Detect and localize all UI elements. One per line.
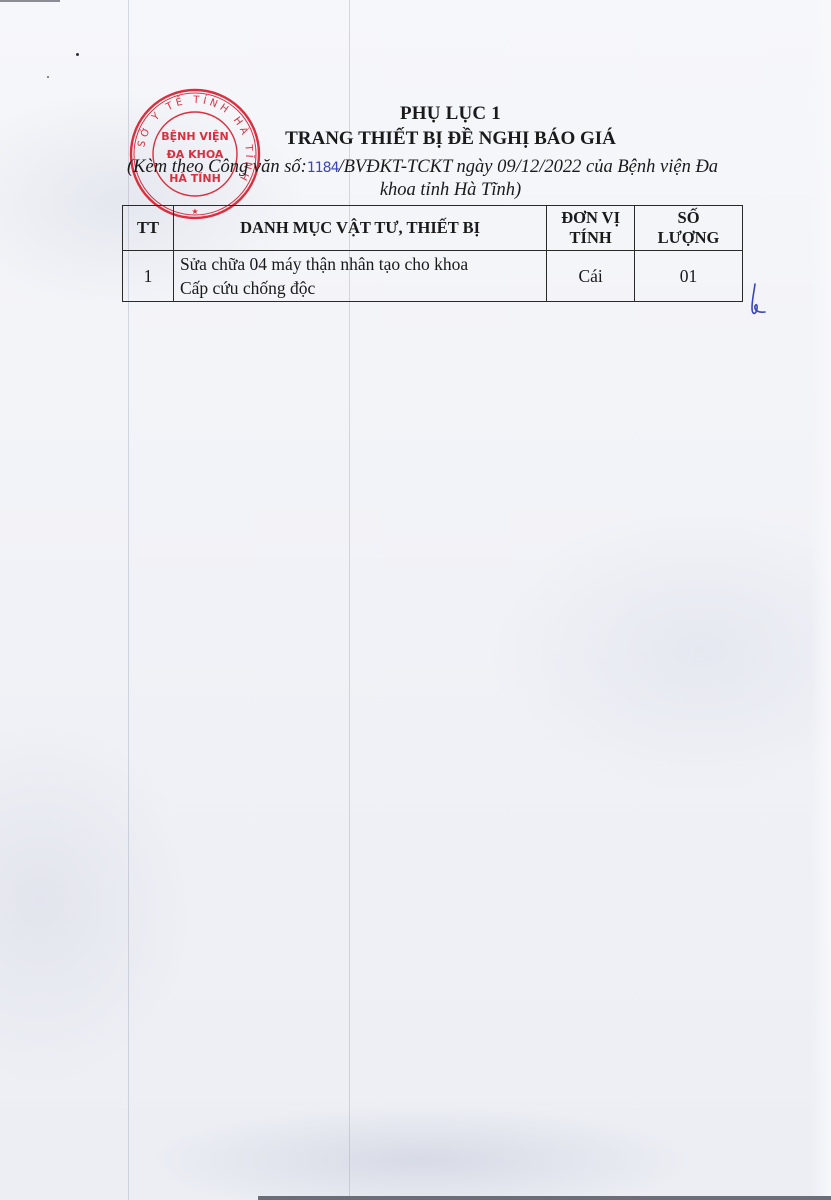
header-quantity: SỐ LƯỢNG [635,206,743,251]
item-name-line1: Sửa chữa 04 máy thận nhân tạo cho khoa [180,254,468,274]
header-item-name: DANH MỤC VẬT TƯ, THIẾT BỊ [173,206,546,251]
cell-item-name: Sửa chữa 04 máy thận nhân tạo cho khoa C… [173,251,546,302]
table-header-row: TT DANH MỤC VẬT TƯ, THIẾT BỊ ĐƠN VỊ TÍNH… [123,206,743,251]
subtitle-suffix: /BVĐKT-TCKT ngày 09/12/2022 của Bệnh việ… [338,157,718,177]
scan-speck [47,76,49,78]
header-unit-line2: TÍNH [570,228,612,247]
header-qty-line1: SỐ [678,208,700,227]
table-row: 1 Sửa chữa 04 máy thận nhân tạo cho khoa… [123,251,743,302]
equipment-table: TT DANH MỤC VẬT TƯ, THIẾT BỊ ĐƠN VỊ TÍNH… [122,205,743,302]
handwritten-document-number: 1184 [307,160,339,176]
subtitle-line-1: (Kèm theo Công văn số:1184/BVĐKT-TCKT ng… [127,157,787,178]
header-qty-line2: LƯỢNG [658,228,720,247]
cell-tt: 1 [123,251,174,302]
header-tt: TT [123,206,174,251]
scanned-page: SỞ Y TẾ TỈNH HÀ TĨNH BỆNH VIỆN ĐA KHOA H… [0,0,831,1200]
subtitle-line-2: khoa tỉnh Hà Tĩnh) [0,180,831,201]
scan-edge [0,0,60,2]
scan-speck [76,53,79,56]
cell-quantity: 01 [635,251,743,302]
signature-initial-icon [748,282,770,318]
header-unit: ĐƠN VỊ TÍNH [547,206,635,251]
appendix-title: PHỤ LỤC 1 [0,103,831,125]
item-name-line2: Cấp cứu chống độc [180,278,315,298]
scan-edge [258,1196,831,1200]
document-heading: TRANG THIẾT BỊ ĐỀ NGHỊ BÁO GIÁ [0,128,831,150]
cell-unit: Cái [547,251,635,302]
header-unit-line1: ĐƠN VỊ [561,208,620,227]
subtitle-prefix: (Kèm theo Công văn số: [127,157,307,177]
